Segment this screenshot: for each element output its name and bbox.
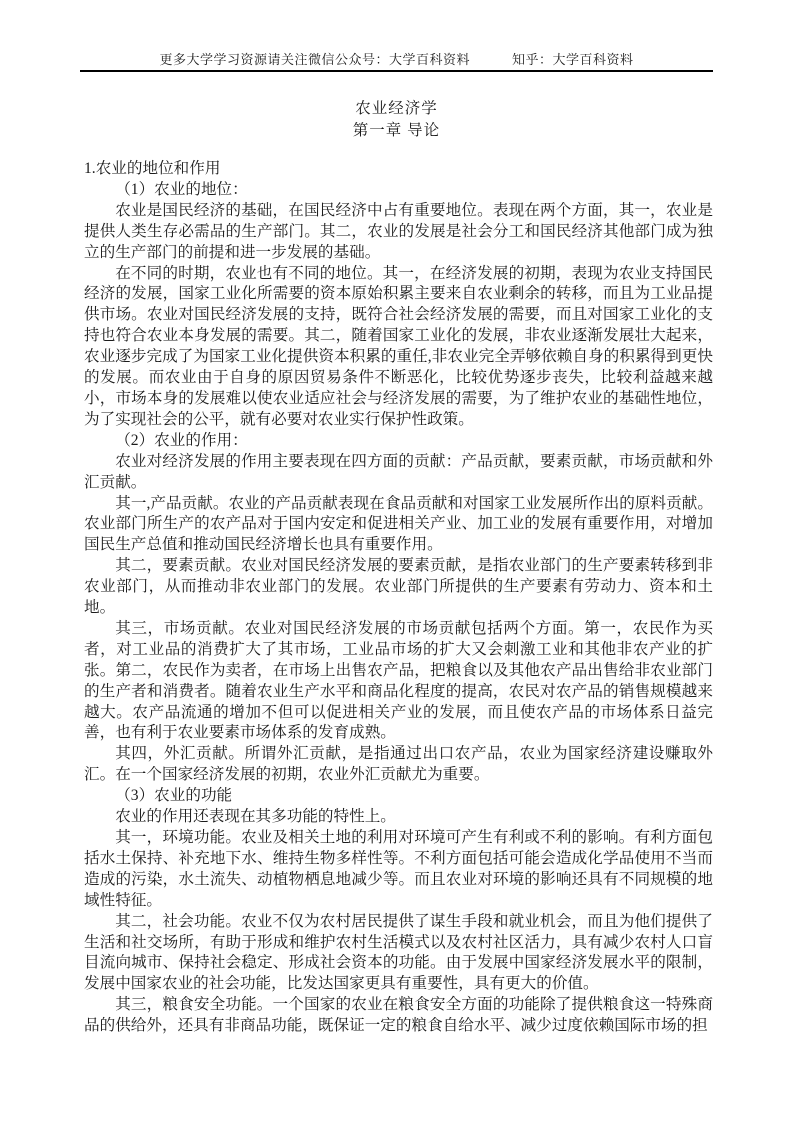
paragraph: 其三，市场贡献。农业对国民经济发展的市场贡献包括两个方面。第一，农民作为买者，对… [84, 619, 713, 744]
paragraph: 其四，外汇贡献。所谓外汇贡献，是指通过出口农产品，农业为国家经济建设赚取外汇。在… [84, 744, 713, 786]
paragraph: 其三，粮食安全功能。一个国家的农业在粮食安全方面的功能除了提供粮食这一特殊商品的… [84, 995, 713, 1037]
paragraph: 其一,产品贡献。农业的产品贡献表现在食品贡献和对国家工业发展所作出的原料贡献。农… [84, 494, 713, 557]
paragraph: 在不同的时期，农业也有不同的地位。其一，在经济发展的初期，表现为农业支持国民经济… [84, 264, 713, 431]
document-body: 1.农业的地位和作用（1）农业的地位：农业是国民经济的基础，在国民经济中占有重要… [84, 159, 713, 1037]
paragraph: 其一，环境功能。农业及相关土地的利用对环境可产生有利或不利的影响。有利方面包括水… [84, 828, 713, 912]
header-wechat-text: 更多大学学习资源请关注微信公众号：大学百科资料 [159, 52, 470, 67]
paragraph: （2）农业的作用： [84, 431, 713, 452]
paragraph: 其二，社会功能。农业不仅为农村居民提供了谋生手段和就业机会，而且为他们提供了生活… [84, 912, 713, 996]
paragraph: 其二，要素贡献。农业对国民经济发展的要素贡献，是指农业部门的生产要素转移到非农业… [84, 556, 713, 619]
paragraph: 农业对经济发展的作用主要表现在四方面的贡献：产品贡献，要素贡献，市场贡献和外汇贡… [84, 452, 713, 494]
document-page: 更多大学学习资源请关注微信公众号：大学百科资料知乎：大学百科资料 农业经济学 第… [0, 0, 793, 1122]
paragraph: 1.农业的地位和作用 [84, 159, 713, 180]
header-zhihu-text: 知乎：大学百科资料 [512, 52, 634, 67]
paragraph: （3）农业的功能 [84, 786, 713, 807]
paragraph: 农业是国民经济的基础，在国民经济中占有重要地位。表现在两个方面，其一，农业是提供… [84, 201, 713, 264]
paragraph: （1）农业的地位： [84, 180, 713, 201]
chapter-heading: 第一章 导论 [0, 118, 793, 140]
page-header: 更多大学学习资源请关注微信公众号：大学百科资料知乎：大学百科资料 [0, 49, 793, 68]
document-title: 农业经济学 [0, 96, 793, 118]
header-divider [80, 70, 713, 72]
paragraph: 农业的作用还表现在其多功能的特性上。 [84, 807, 713, 828]
